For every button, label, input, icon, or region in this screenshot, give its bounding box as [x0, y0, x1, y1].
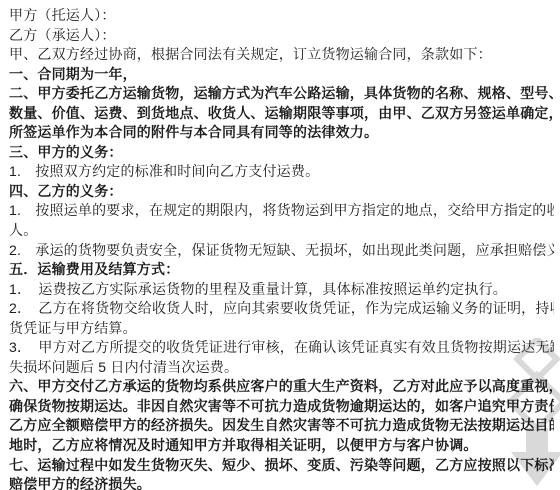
document-line: 乙方（承运人）： — [9, 26, 554, 46]
document-line: 七、运输过程中如发生货物灭失、短少、损坏、变质、污染等问题，乙方应按照以下标准 — [9, 456, 554, 476]
document-line: 货凭证与甲方结算。 — [9, 319, 554, 339]
document-line: 人。 — [9, 221, 554, 241]
document-line: 甲、乙双方经过协商，根据合同法有关规定，订立货物运输合同，条款如下： — [9, 45, 554, 65]
contract-document: 甲方（托运人）：乙方（承运人）：甲、乙双方经过协商，根据合同法有关规定，订立货物… — [0, 0, 560, 490]
document-line: 赔偿甲方的经济损失。 — [9, 475, 554, 490]
document-line: 1． 运费按乙方实际承运货物的里程及重量计算，具体标准按照运单约定执行。 — [9, 280, 554, 300]
document-line: 四、乙方的义务： — [9, 182, 554, 202]
document-line: 三、甲方的义务： — [9, 143, 554, 163]
document-line: 2. 承运的货物要负责安全，保证货物无短缺、无损坏，如出现此类问题，应承担赔偿义… — [9, 241, 554, 261]
document-line: 1. 按照运单的要求，在规定的期限内，将货物运到甲方指定的地点，交给甲方指定的收… — [9, 201, 554, 221]
document-line: 二、甲方委托乙方运输货物，运输方式为汽车公路运输，具体货物的名称、规格、型号、 — [9, 84, 554, 104]
document-line: 3． 甲方对乙方所提交的收货凭证进行审核，在确认该凭证真实有效且货物按期运达无缺 — [9, 338, 554, 358]
document-line: 确保货物按期运达。非因自然灾害等不可抗力造成货物逾期运达的，如客户追究甲方责任， — [9, 397, 554, 417]
document-line: 数量、价值、运费、到货地点、收货人、运输期限等事项，由甲、乙双方另签运单确定， — [9, 104, 554, 124]
document-line: 2． 乙方在将货物交给收货人时，应向其索要收货凭证，作为完成运输义务的证明，持收 — [9, 299, 554, 319]
document-line: 五．运输费用及结算方式： — [9, 260, 554, 280]
document-line: 所签运单作为本合同的附件与本合同具有同等的法律效力。 — [9, 123, 554, 143]
document-line: 六、甲方交付乙方承运的货物均系供应客户的重大生产资料，乙方对此应予以高度重视， — [9, 377, 554, 397]
document-line: 乙方应全额赔偿甲方的经济损失。因发生自然灾害等不可抗力造成货物无法按期运达目的 — [9, 416, 554, 436]
document-line: 甲方（托运人）： — [9, 6, 554, 26]
document-line: 一、合同期为一年， — [9, 65, 554, 85]
document-line: 地时，乙方应将情况及时通知甲方并取得相关证明，以便甲方与客户协调。 — [9, 436, 554, 456]
document-line: 失损坏问题后 5 日内付清当次运费。 — [9, 358, 554, 378]
document-line: 1. 按照双方约定的标准和时间向乙方支付运费。 — [9, 162, 554, 182]
